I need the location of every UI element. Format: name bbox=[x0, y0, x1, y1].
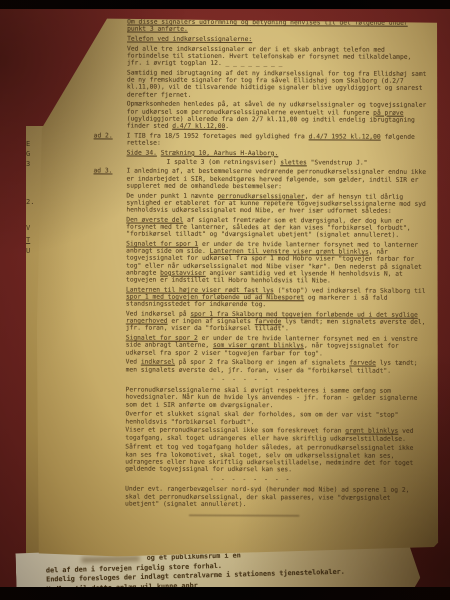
underlined-text: slettes bbox=[280, 159, 307, 166]
paragraph: Signalet for spor 1 er under de tre hvid… bbox=[126, 241, 428, 286]
body-text: . bbox=[225, 123, 229, 130]
margin-label: ad 3. bbox=[93, 168, 112, 175]
underlined-text: indkørsel bbox=[141, 359, 175, 366]
paragraph: Under evt. rangerbevægelser nord-syd (he… bbox=[125, 486, 427, 509]
paragraph: Telefon ved indkørselssignalerne: bbox=[127, 36, 429, 45]
film-frame-top bbox=[0, 0, 450, 9]
body-text: _ _ _ _ _ _ _ _ bbox=[222, 60, 283, 67]
margin-label: ad 2. bbox=[94, 132, 113, 139]
paragraph: Ved alle tre indkørselssignaler er der i… bbox=[127, 45, 429, 68]
clipped-character: G bbox=[28, 150, 43, 158]
photographed-document-page: { "colors": { "backdrop": "#6e2421", "pa… bbox=[0, 0, 450, 600]
paragraph: Ved indkørsel på spor 2 fra Skalborg er … bbox=[126, 359, 428, 375]
body-text: - - - - - - - - bbox=[210, 476, 291, 483]
body-text: (ugyldiggjorte) allerede fra den 2/7 kl.… bbox=[127, 115, 415, 129]
underlined-text: Telefon ved indkørselssignalerne: bbox=[127, 36, 252, 44]
underlined-text: Den øverste del bbox=[126, 216, 183, 223]
clipped-character: E bbox=[28, 140, 43, 148]
body-text: I spalte 3 (om retningsviser) bbox=[167, 158, 281, 165]
paragraph: Signalet for spor 2 er under de tre hvid… bbox=[126, 335, 428, 358]
paragraph: Overfor et slukket signal skal der forho… bbox=[125, 411, 427, 427]
paragraph: Lanternen til højre viser rødt fast lys … bbox=[126, 286, 428, 309]
paragraph: Side 34. Strækning 10, Aarhus H-Aalborg. bbox=[127, 149, 429, 158]
body-text: - - - - - - - - bbox=[211, 376, 292, 383]
paragraph: Samtidig med ibrugtagning af det ny indk… bbox=[127, 70, 429, 100]
underlined-text: Side 34. bbox=[127, 149, 157, 156]
underlined-text: bogstavviser bbox=[160, 270, 206, 277]
paragraph: Opmærksomheden henledes på, at såvel de … bbox=[127, 101, 429, 131]
body-text: I anledning af, at bestemmelserne vedrør… bbox=[126, 168, 426, 190]
underlined-text: på prøve bbox=[373, 109, 403, 116]
clipped-character: 3 bbox=[28, 160, 43, 168]
film-frame-bottom bbox=[0, 587, 450, 600]
document-text: Om disse signalers udformning og betydni… bbox=[125, 19, 429, 521]
underlined-text: farvede bbox=[349, 360, 376, 367]
underlined-text: grønt blinklys bbox=[345, 428, 398, 435]
body-text: Perronudkørselssignalerne skal i øvrigt … bbox=[125, 387, 417, 409]
body-text: Såfremt et tog ved togafgang holder såle… bbox=[125, 444, 413, 473]
body-text: ------------- --------- bbox=[189, 512, 299, 519]
typewritten-sheet: Om disse signalers udformning og betydni… bbox=[27, 16, 441, 559]
numbered-paragraph: ad 3.I anledning af, at bestemmelserne v… bbox=[126, 168, 428, 191]
body-text: Under evt. rangerbevægelser nord-syd (he… bbox=[125, 486, 409, 508]
underlined-text: d.4/7 kl.12,00 bbox=[172, 123, 225, 130]
separator-line: - - - - - - - - bbox=[126, 376, 428, 385]
paragraph: De under punkt 1 nævnte perronudkørselss… bbox=[126, 192, 428, 215]
paragraph: Såfremt et tog ved togafgang holder såle… bbox=[125, 444, 427, 474]
paragraph: Den øverste del af signalet fremtræder s… bbox=[126, 216, 428, 239]
paragraph: Perronudkørselssignalerne skal i øvrigt … bbox=[125, 387, 427, 410]
paragraph: Viser et perronudkørselssignal ikke som … bbox=[125, 427, 427, 443]
illegible-stamp: ------------- --------- bbox=[189, 512, 427, 520]
body-text: Ved bbox=[126, 359, 141, 366]
blurred-text-smudge bbox=[82, 556, 140, 563]
body-text: "Svendstrup J." bbox=[307, 159, 368, 166]
underlined-text: Strækning 10, Aarhus H-Aalborg. bbox=[161, 149, 279, 157]
body-text: Overfor et slukket signal skal der forho… bbox=[125, 411, 398, 426]
paragraph: Ved indkørsel på spor 1 fra Skalborg med… bbox=[126, 311, 428, 334]
body-text: Samtidig med ibrugtagning af det ny indk… bbox=[127, 70, 427, 99]
paragraph: I spalte 3 (om retningsviser) slettes "S… bbox=[127, 158, 429, 167]
separator-line: - - - - - - - - bbox=[125, 475, 427, 484]
underlined-text: d.4/7 1952 kl.12,00 bbox=[309, 133, 381, 140]
numbered-paragraph: ad 2.I TIB fra 18/5 1952 foretages med g… bbox=[127, 132, 429, 148]
